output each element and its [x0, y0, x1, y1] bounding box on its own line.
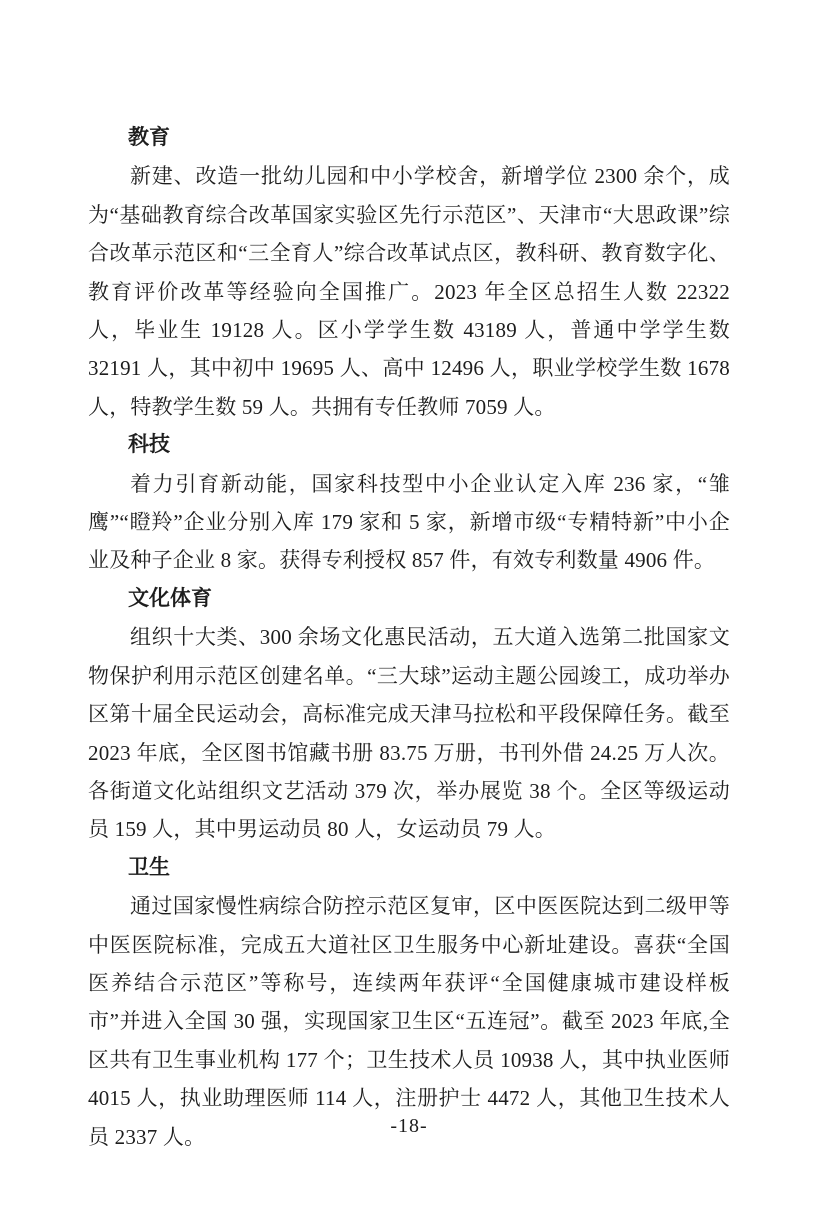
section-paragraph-education: 新建、改造一批幼儿园和中小学校舍，新增学位 2300 余个，成为“基础教育综合改…: [88, 157, 730, 426]
page-number: -18-: [0, 1113, 818, 1139]
section-heading-culture-sports: 文化体育: [88, 580, 730, 618]
section-science-technology: 科技 着力引育新动能，国家科技型中小企业认定入库 236 家，“雏鹰”“瞪羚”企…: [88, 426, 730, 580]
document-page: 教育 新建、改造一批幼儿园和中小学校舍，新增学位 2300 余个，成为“基础教育…: [0, 0, 818, 1228]
section-heading-science-technology: 科技: [88, 426, 730, 464]
page-content: 教育 新建、改造一批幼儿园和中小学校舍，新增学位 2300 余个，成为“基础教育…: [88, 119, 730, 1156]
section-culture-sports: 文化体育 组织十大类、300 余场文化惠民活动，五大道入选第二批国家文物保护利用…: [88, 580, 730, 849]
section-heading-education: 教育: [88, 119, 730, 157]
section-paragraph-science-technology: 着力引育新动能，国家科技型中小企业认定入库 236 家，“雏鹰”“瞪羚”企业分别…: [88, 465, 730, 580]
section-education: 教育 新建、改造一批幼儿园和中小学校舍，新增学位 2300 余个，成为“基础教育…: [88, 119, 730, 426]
section-health: 卫生 通过国家慢性病综合防控示范区复审，区中医医院达到二级甲等中医医院标准，完成…: [88, 849, 730, 1156]
section-paragraph-culture-sports: 组织十大类、300 余场文化惠民活动，五大道入选第二批国家文物保护利用示范区创建…: [88, 618, 730, 848]
section-heading-health: 卫生: [88, 849, 730, 887]
